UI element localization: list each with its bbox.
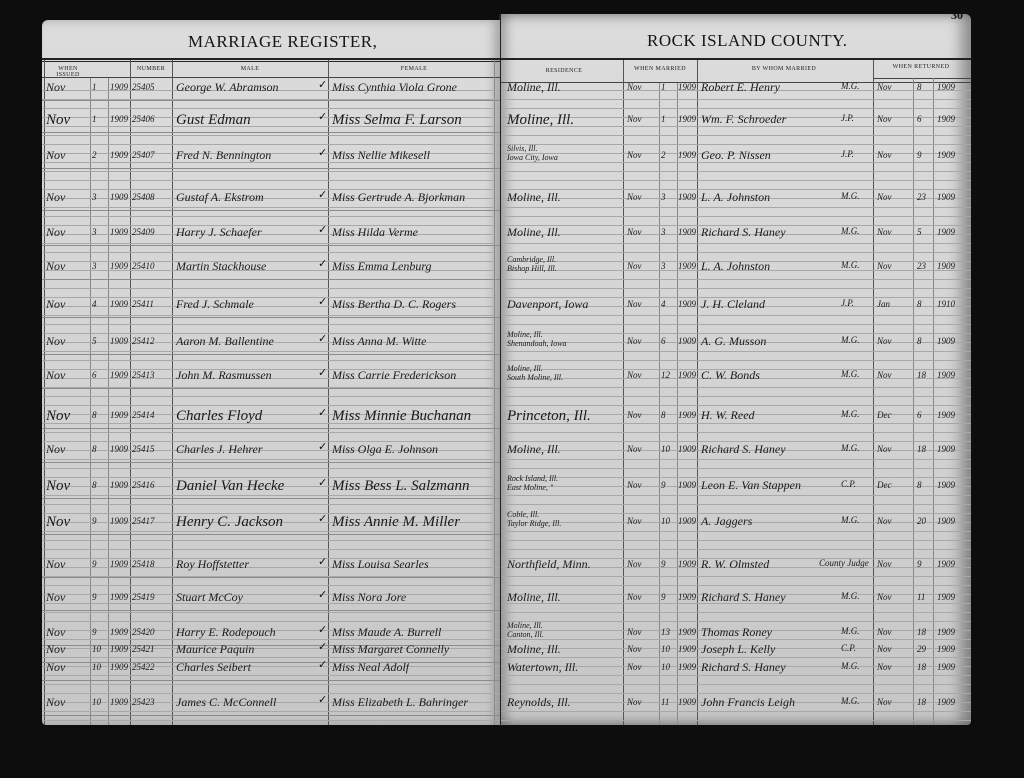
bride-name: Miss Louisa Searles: [332, 557, 429, 572]
bride-name: Miss Emma Lenburg: [332, 259, 432, 274]
residence: Davenport, Iowa: [507, 297, 588, 312]
returned-day: 23: [917, 192, 926, 202]
married-day: 10: [661, 644, 670, 654]
issued-year: 1909: [110, 592, 128, 602]
returned-year: 1910: [937, 299, 955, 309]
issued-day: 1: [92, 82, 97, 92]
returned-month: Dec: [877, 480, 892, 490]
married-month: Nov: [627, 227, 642, 237]
issued-day: 2: [92, 150, 97, 160]
married-day: 10: [661, 516, 670, 526]
returned-year: 1909: [937, 114, 955, 124]
ruled-line: [501, 675, 971, 676]
residence: Moline, Ill.: [507, 442, 561, 457]
col-line: [44, 60, 45, 725]
row-divider: [42, 498, 500, 499]
married-year: 1909: [678, 150, 696, 160]
ruled-line: [501, 207, 971, 208]
bride-name: Miss Maude A. Burrell: [332, 625, 441, 640]
issued-year: 1909: [110, 697, 128, 707]
officiant-name: L. A. Johnston: [701, 190, 770, 205]
residence: Moline, Ill.: [507, 642, 561, 657]
married-month: Nov: [627, 516, 642, 526]
returned-year: 1909: [937, 227, 955, 237]
married-year: 1909: [678, 627, 696, 637]
returned-year: 1909: [937, 150, 955, 160]
ruled-line: [501, 99, 971, 100]
married-year: 1909: [678, 82, 696, 92]
bride-name: Miss Annie M. Miller: [332, 514, 460, 531]
check-mark-icon: ✓: [318, 110, 327, 123]
officiant-title: J.P.: [841, 113, 854, 123]
officiant-title: J.P.: [841, 149, 854, 159]
returned-month: Nov: [877, 114, 892, 124]
groom-name: Henry C. Jackson: [176, 514, 283, 531]
issued-day: 3: [92, 261, 97, 271]
check-mark-icon: ✓: [318, 295, 327, 308]
issued-month: Nov: [46, 442, 65, 457]
license-number: 25406: [132, 114, 155, 124]
ruled-line: [501, 720, 971, 721]
row-divider: [42, 462, 500, 463]
issued-day: 9: [92, 559, 97, 569]
ruled-line: [42, 171, 500, 172]
groom-name: Martin Stackhouse: [176, 259, 266, 274]
col-line: [873, 60, 874, 725]
issued-day: 10: [92, 697, 101, 707]
married-year: 1909: [678, 336, 696, 346]
married-day: 13: [661, 627, 670, 637]
ruled-line: [501, 252, 971, 253]
married-year: 1909: [678, 192, 696, 202]
groom-name: Charles Seibert: [176, 660, 251, 675]
officiant-name: Richard S. Haney: [701, 442, 786, 457]
groom-name: Harry E. Rodepouch: [176, 625, 276, 640]
married-day: 3: [661, 227, 666, 237]
married-day: 9: [661, 592, 666, 602]
col-line: [172, 60, 173, 725]
bride-name: Miss Anna M. Witte: [332, 334, 426, 349]
license-number: 25418: [132, 559, 155, 569]
license-number: 25411: [132, 299, 154, 309]
returned-day: 11: [917, 592, 925, 602]
register-title: MARRIAGE REGISTER,: [188, 32, 377, 52]
col-line: [623, 60, 624, 725]
ruled-line: [501, 540, 971, 541]
row-divider: [42, 354, 500, 355]
residence: Moline, Ill.: [507, 112, 574, 129]
married-year: 1909: [678, 559, 696, 569]
ruled-line: [42, 360, 500, 361]
ruled-line: [42, 495, 500, 496]
ruled-line: [501, 585, 971, 586]
ruled-line: [501, 351, 971, 352]
ruled-line: [42, 135, 500, 136]
married-month: Nov: [627, 592, 642, 602]
bride-name: Miss Nellie Mikesell: [332, 148, 430, 163]
issued-month: Nov: [46, 112, 70, 129]
col-line: [697, 60, 698, 725]
issued-month: Nov: [46, 368, 65, 383]
married-month: Nov: [627, 697, 642, 707]
returned-month: Nov: [877, 627, 892, 637]
issued-day: 5: [92, 336, 97, 346]
issued-year: 1909: [110, 444, 128, 454]
residence: Watertown, Ill.: [507, 660, 578, 675]
returned-day: 6: [917, 114, 922, 124]
returned-day: 8: [917, 336, 922, 346]
issued-year: 1909: [110, 370, 128, 380]
issued-day: 3: [92, 192, 97, 202]
married-month: Nov: [627, 336, 642, 346]
returned-year: 1909: [937, 480, 955, 490]
returned-month: Nov: [877, 444, 892, 454]
married-year: 1909: [678, 261, 696, 271]
issued-day: 8: [92, 410, 97, 420]
officiant-title: M.G.: [841, 191, 860, 201]
residence: Coble, Ill. Taylor Ridge, Ill.: [507, 510, 561, 528]
header-number: NUMBER: [130, 66, 172, 72]
issued-year: 1909: [110, 261, 128, 271]
issued-year: 1909: [110, 336, 128, 346]
license-number: 25410: [132, 261, 155, 271]
ruled-line: [501, 549, 971, 550]
officiant-title: M.G.: [841, 409, 860, 419]
returned-day: 8: [917, 82, 922, 92]
returned-day: 18: [917, 370, 926, 380]
header-female: FEMALE: [328, 66, 500, 72]
returned-year: 1909: [937, 336, 955, 346]
license-number: 25422: [132, 662, 155, 672]
married-day: 12: [661, 370, 670, 380]
license-number: 25423: [132, 697, 155, 707]
groom-name: James C. McConnell: [176, 695, 276, 710]
issued-day: 9: [92, 592, 97, 602]
license-number: 25405: [132, 82, 155, 92]
row-divider: [42, 279, 500, 280]
ruled-line: [501, 315, 971, 316]
ruled-line: [42, 684, 500, 685]
header-residence: RESIDENCE: [505, 68, 623, 74]
issued-year: 1909: [110, 480, 128, 490]
married-day: 2: [661, 150, 666, 160]
officiant-name: L. A. Johnston: [701, 259, 770, 274]
ruled-line: [501, 360, 971, 361]
returned-month: Nov: [877, 261, 892, 271]
returned-month: Nov: [877, 662, 892, 672]
returned-month: Nov: [877, 559, 892, 569]
officiant-name: Leon E. Van Stappen: [701, 478, 801, 493]
check-mark-icon: ✓: [318, 406, 327, 419]
married-year: 1909: [678, 592, 696, 602]
returned-year: 1909: [937, 261, 955, 271]
groom-name: John M. Rasmussen: [176, 368, 272, 383]
issued-day: 9: [92, 627, 97, 637]
ruled-line: [42, 432, 500, 433]
row-divider: [42, 428, 500, 429]
check-mark-icon: ✓: [318, 366, 327, 379]
bride-name: Miss Neal Adolf: [332, 660, 409, 675]
married-year: 1909: [678, 644, 696, 654]
issued-month: Nov: [46, 514, 70, 531]
check-mark-icon: ✓: [318, 332, 327, 345]
left-page: MARRIAGE REGISTER, ........ ........ . .…: [42, 20, 500, 725]
officiant-name: H. W. Reed: [701, 408, 755, 423]
issued-day: 10: [92, 662, 101, 672]
married-year: 1909: [678, 299, 696, 309]
row-divider: [42, 210, 500, 211]
ruled-line: [501, 288, 971, 289]
bride-name: Miss Nora Jore: [332, 590, 406, 605]
residence: Moline, Ill. South Moline, Ill.: [507, 364, 563, 382]
ruled-line: [42, 459, 500, 460]
issued-month: Nov: [46, 625, 65, 640]
married-day: 9: [661, 480, 666, 490]
license-number: 25417: [132, 516, 155, 526]
married-year: 1909: [678, 114, 696, 124]
married-year: 1909: [678, 227, 696, 237]
ruled-line: [42, 657, 500, 658]
issued-month: Nov: [46, 642, 65, 657]
ruled-line: [501, 531, 971, 532]
license-number: 25416: [132, 480, 155, 490]
issued-day: 9: [92, 516, 97, 526]
ruled-line: [501, 684, 971, 685]
ruled-line: [501, 657, 971, 658]
bride-name: Miss Minnie Buchanan: [332, 408, 471, 425]
residence: Moline, Ill.: [507, 225, 561, 240]
right-page: 30 ROCK ISLAND COUNTY. RESIDENCE WHEN MA…: [501, 14, 971, 725]
ruled-line: [42, 315, 500, 316]
married-month: Nov: [627, 370, 642, 380]
married-day: 3: [661, 192, 666, 202]
married-year: 1909: [678, 444, 696, 454]
issued-year: 1909: [110, 662, 128, 672]
residence: Cambridge, Ill. Bishop Hill, Ill.: [507, 255, 557, 273]
married-day: 3: [661, 261, 666, 271]
issued-year: 1909: [110, 516, 128, 526]
returned-day: 8: [917, 480, 922, 490]
officiant-title: C.P.: [841, 479, 856, 489]
issued-month: Nov: [46, 408, 70, 425]
ruled-line: [501, 171, 971, 172]
ruled-line: [501, 387, 971, 388]
married-day: 9: [661, 559, 666, 569]
bride-name: Miss Hilda Verme: [332, 225, 418, 240]
groom-name: Fred N. Bennington: [176, 148, 271, 163]
ruled-line: [501, 495, 971, 496]
ruled-line: [42, 693, 500, 694]
returned-year: 1909: [937, 644, 955, 654]
returned-month: Jan: [877, 299, 890, 309]
ruled-line: [42, 144, 500, 145]
returned-year: 1909: [937, 627, 955, 637]
ruled-line: [42, 252, 500, 253]
ruled-line: [42, 405, 500, 406]
bride-name: Miss Elizabeth L. Bahringer: [332, 695, 468, 710]
bride-name: Miss Bess L. Salzmann: [332, 478, 470, 495]
issued-day: 8: [92, 480, 97, 490]
married-month: Nov: [627, 444, 642, 454]
col-line: [328, 60, 329, 725]
issued-day: 4: [92, 299, 97, 309]
married-month: Nov: [627, 261, 642, 271]
married-month: Nov: [627, 299, 642, 309]
married-month: Nov: [627, 114, 642, 124]
col-line: [130, 60, 131, 725]
county-title: ROCK ISLAND COUNTY.: [647, 31, 847, 51]
col-line: [913, 78, 914, 725]
check-mark-icon: ✓: [318, 223, 327, 236]
groom-name: Roy Hoffstetter: [176, 557, 249, 572]
ruled-line: [501, 279, 971, 280]
ruled-line: [42, 531, 500, 532]
ruled-line: [501, 108, 971, 109]
married-month: Nov: [627, 480, 642, 490]
issued-month: Nov: [46, 190, 65, 205]
check-mark-icon: ✓: [318, 257, 327, 270]
married-month: Nov: [627, 559, 642, 569]
returned-day: 5: [917, 227, 922, 237]
returned-day: 23: [917, 261, 926, 271]
returned-day: 29: [917, 644, 926, 654]
returned-day: 18: [917, 444, 926, 454]
ruled-line: [42, 288, 500, 289]
license-number: 25409: [132, 227, 155, 237]
married-year: 1909: [678, 480, 696, 490]
officiant-name: Thomas Roney: [701, 625, 772, 640]
check-mark-icon: ✓: [318, 512, 327, 525]
ruled-line: [42, 603, 500, 604]
check-mark-icon: ✓: [318, 440, 327, 453]
returned-year: 1909: [937, 662, 955, 672]
officiant-name: J. H. Cleland: [701, 297, 765, 312]
ruled-line: [42, 207, 500, 208]
married-year: 1909: [678, 370, 696, 380]
ruled-line: [501, 468, 971, 469]
groom-name: Harry J. Schaefer: [176, 225, 262, 240]
ruled-line: [42, 612, 500, 613]
col-line: [108, 78, 109, 725]
married-month: Nov: [627, 192, 642, 202]
bride-name: Miss Carrie Frederickson: [332, 368, 456, 383]
married-month: Nov: [627, 627, 642, 637]
married-day: 10: [661, 662, 670, 672]
row-divider: [42, 132, 500, 133]
residence: Moline, Ill. Canton, Ill.: [507, 621, 544, 639]
groom-name: Charles J. Hehrer: [176, 442, 263, 457]
officiant-name: Richard S. Haney: [701, 225, 786, 240]
row-divider: [42, 610, 500, 611]
row-divider: [42, 317, 500, 318]
residence: Moline, Ill.: [507, 80, 561, 95]
ruled-line: [501, 576, 971, 577]
ruled-line: [501, 144, 971, 145]
officiant-title: M.G.: [841, 661, 860, 671]
ruled-line: [501, 432, 971, 433]
officiant-name: C. W. Bonds: [701, 368, 760, 383]
returned-month: Nov: [877, 192, 892, 202]
residence: Moline, Ill.: [507, 190, 561, 205]
issued-day: 8: [92, 444, 97, 454]
ruled-line: [42, 711, 500, 712]
groom-name: Fred J. Schmale: [176, 297, 254, 312]
groom-name: Charles Floyd: [176, 408, 262, 425]
ruled-line: [42, 621, 500, 622]
ruled-line: [42, 216, 500, 217]
officiant-title: County Judge: [819, 558, 869, 568]
returned-year: 1909: [937, 516, 955, 526]
issued-month: Nov: [46, 297, 65, 312]
issued-day: 3: [92, 227, 97, 237]
issued-day: 10: [92, 644, 101, 654]
married-month: Nov: [627, 644, 642, 654]
returned-day: 18: [917, 627, 926, 637]
ruled-line: [42, 180, 500, 181]
issued-month: Nov: [46, 225, 65, 240]
ruled-line: [501, 405, 971, 406]
header-rule-thin: [42, 61, 500, 62]
header-male: MALE: [172, 66, 328, 72]
returned-month: Nov: [877, 592, 892, 602]
residence: Princeton, Ill.: [507, 408, 591, 425]
returned-day: 6: [917, 410, 922, 420]
officiant-name: Geo. P. Nissen: [701, 148, 771, 163]
groom-name: Daniel Van Hecke: [176, 478, 284, 495]
ruled-line: [501, 396, 971, 397]
col-line: [494, 60, 495, 725]
check-mark-icon: ✓: [318, 693, 327, 706]
license-number: 25413: [132, 370, 155, 380]
header-when-married: WHEN MARRIED: [623, 66, 697, 72]
returned-month: Nov: [877, 336, 892, 346]
married-year: 1909: [678, 516, 696, 526]
row-divider: [42, 577, 500, 578]
officiant-title: M.G.: [841, 591, 860, 601]
officiant-title: C.P.: [841, 643, 856, 653]
ruled-line: [42, 540, 500, 541]
returned-year: 1909: [937, 697, 955, 707]
ruled-line: [42, 468, 500, 469]
returned-day: 9: [917, 150, 922, 160]
returned-year: 1909: [937, 82, 955, 92]
officiant-name: Richard S. Haney: [701, 590, 786, 605]
returned-year: 1909: [937, 444, 955, 454]
officiant-title: M.G.: [841, 443, 860, 453]
officiant-title: M.G.: [841, 226, 860, 236]
officiant-name: Wm. F. Schroeder: [701, 112, 786, 127]
married-year: 1909: [678, 410, 696, 420]
issued-day: 6: [92, 370, 97, 380]
groom-name: Stuart McCoy: [176, 590, 243, 605]
license-number: 25415: [132, 444, 155, 454]
married-month: Nov: [627, 410, 642, 420]
ruled-line: [501, 693, 971, 694]
returned-month: Nov: [877, 150, 892, 160]
check-mark-icon: ✓: [318, 78, 327, 91]
returned-year: 1909: [937, 410, 955, 420]
issued-month: Nov: [46, 557, 65, 572]
bride-name: Miss Bertha D. C. Rogers: [332, 297, 456, 312]
ruled-line: [42, 585, 500, 586]
issued-year: 1909: [110, 227, 128, 237]
header-by-whom-married: BY WHOM MARRIED: [697, 66, 871, 72]
ruled-line: [42, 108, 500, 109]
returned-month: Nov: [877, 697, 892, 707]
license-number: 25408: [132, 192, 155, 202]
bride-name: Miss Olga E. Johnson: [332, 442, 438, 457]
residence: Silvis, Ill. Iowa City, Iowa: [507, 144, 558, 162]
